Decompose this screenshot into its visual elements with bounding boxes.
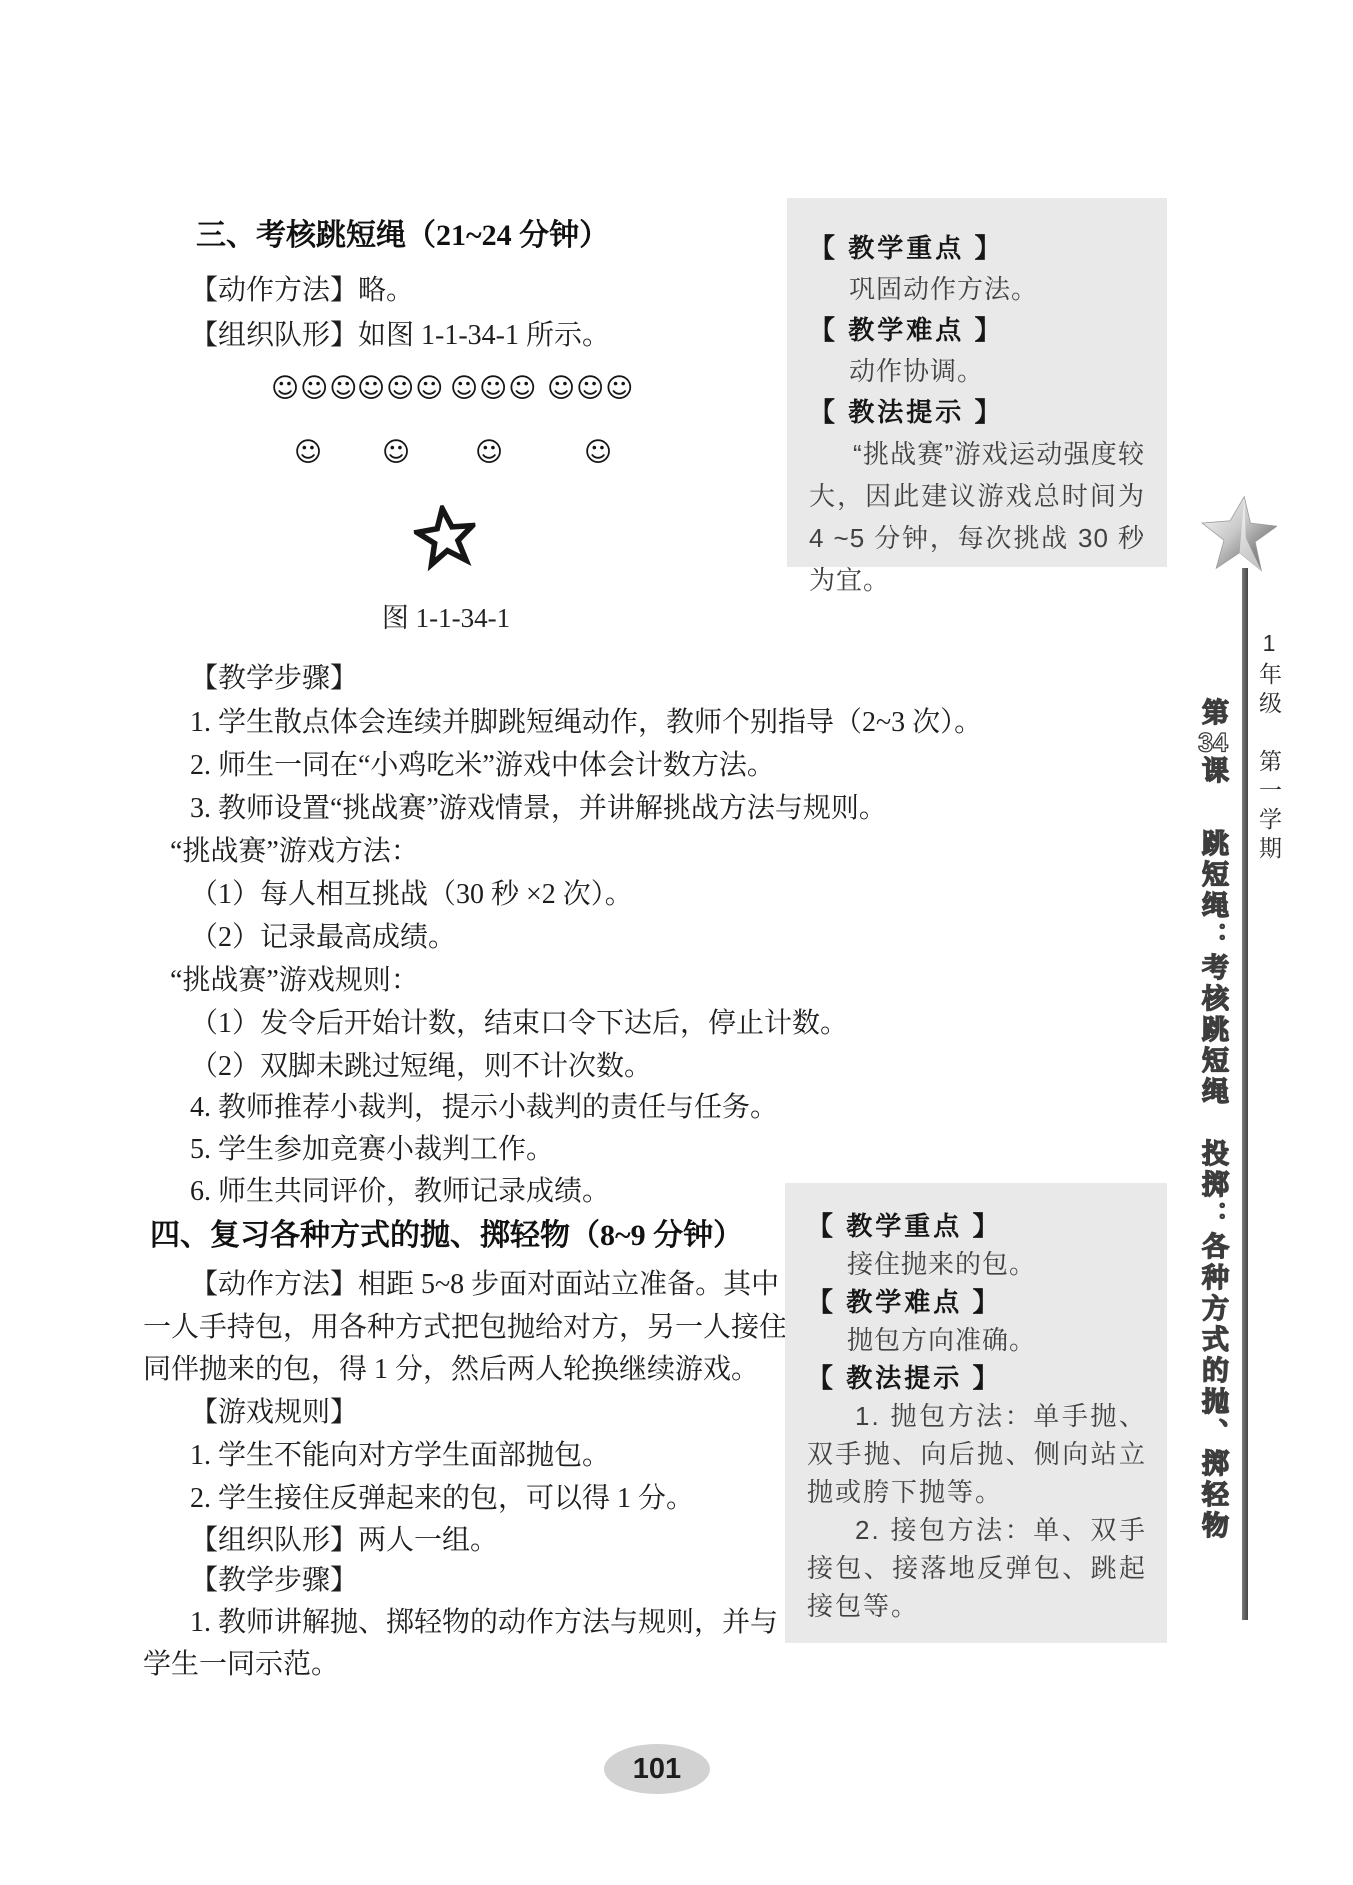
spine-lesson-title: 第34课跳短绳：考核跳短绳 投掷：各种方式的抛、掷轻物 — [1194, 698, 1233, 1638]
key-point-text: 接住抛来的包。 — [807, 1245, 1147, 1283]
section4-steps-heading: 【教学步骤】 — [190, 1564, 358, 1598]
key-point-text: 巩固动作方法。 — [809, 269, 1145, 310]
page-number-badge: 101 — [604, 1744, 710, 1794]
section4-action-method: 【动作方法】相距 5~8 步面对面站立准备。其中 — [190, 1268, 779, 1302]
tip-box-throwing: 【 教学重点 】 接住抛来的包。 【 教学难点 】 抛包方向准确。 【 教法提示… — [785, 1183, 1167, 1643]
method-hint-label: 【 教法提示 】 — [807, 1359, 1147, 1397]
section3-game-rule-item: （2）双脚未跳过短绳，则不计次数。 — [190, 1050, 652, 1084]
key-point-label: 【 教学重点 】 — [807, 1207, 1147, 1245]
figure-caption: 图 1-1-34-1 — [336, 596, 556, 635]
difficulty-text: 抛包方向准确。 — [807, 1321, 1147, 1359]
spine-rule — [1242, 568, 1248, 1620]
tip-box-jump-rope: 【 教学重点 】 巩固动作方法。 【 教学难点 】 动作协调。 【 教法提示 】… — [787, 198, 1167, 567]
smiley-face: ☺ — [475, 438, 504, 468]
section3-step: 2. 师生一同在“小鸡吃米”游戏中体会计数方法。 — [190, 749, 775, 783]
section3-steps-heading: 【教学步骤】 — [190, 662, 358, 696]
smiley-face: ☺ — [294, 438, 323, 468]
section4-formation: 【组织队形】两人一组。 — [190, 1524, 498, 1558]
section3-game-method-item: （1）每人相互挑战（30 秒 ×2 次）。 — [190, 878, 633, 912]
key-point-label: 【 教学重点 】 — [809, 228, 1145, 269]
method-hint-label: 【 教法提示 】 — [809, 392, 1145, 433]
section3-step: 5. 学生参加竞赛小裁判工作。 — [190, 1133, 554, 1167]
section3-step: 6. 师生共同评价，教师记录成绩。 — [190, 1175, 610, 1209]
difficulty-label: 【 教学难点 】 — [809, 310, 1145, 351]
section3-step: 4. 教师推荐小裁判，提示小裁判的责任与任务。 — [190, 1091, 778, 1125]
lesson-suffix: 课 — [1198, 756, 1228, 787]
spine-star-icon — [1199, 495, 1277, 578]
section3-game-rule-label: “挑战赛”游戏规则： — [170, 964, 419, 998]
section3-game-method-item: （2）记录最高成绩。 — [190, 921, 456, 955]
lesson-number: 34 — [1198, 729, 1228, 756]
teacher-star-icon — [411, 501, 481, 577]
textbook-page: 三、考核跳短绳（21~24 分钟） 【动作方法】略。 【组织队形】如图 1-1-… — [0, 0, 1353, 1885]
section4-heading: 四、复习各种方式的抛、掷轻物（8~9 分钟） — [150, 1210, 743, 1254]
section3-heading: 三、考核跳短绳（21~24 分钟） — [196, 210, 609, 254]
method-hint-text-2: 2. 接包方法：单、双手接包、接落地反弹包、跳起接包等。 — [807, 1511, 1147, 1625]
section3-action-method: 【动作方法】略。 — [190, 274, 414, 308]
section4-game-rule: 1. 学生不能向对方学生面部抛包。 — [190, 1439, 610, 1473]
spine-grade-label: 1年级 第一学期 — [1253, 630, 1286, 1090]
section3-formation: 【组织队形】如图 1-1-34-1 所示。 — [190, 319, 610, 353]
page-number: 101 — [633, 1753, 681, 1786]
section3-step: 3. 教师设置“挑战赛”游戏情景，并讲解挑战方法与规则。 — [190, 792, 887, 826]
lesson-prefix: 第 — [1198, 698, 1228, 729]
section4-step: 1. 教师讲解抛、掷轻物的动作方法与规则，并与 — [190, 1606, 778, 1640]
smiley-group: ☺☺☺ — [547, 374, 634, 404]
difficulty-text: 动作协调。 — [809, 351, 1145, 392]
difficulty-label: 【 教学难点 】 — [807, 1283, 1147, 1321]
section4-action-method: 一人手持包，用各种方式把包抛给对方，另一人接住 — [143, 1311, 787, 1345]
section4-game-rule: 2. 学生接住反弹起来的包，可以得 1 分。 — [190, 1482, 694, 1516]
section3-step: 1. 学生散点体会连续并脚跳短绳动作，教师个别指导（2~3 次）。 — [190, 706, 982, 740]
section4-game-rules-heading: 【游戏规则】 — [190, 1396, 358, 1430]
section4-action-method: 同伴抛来的包，得 1 分，然后两人轮换继续游戏。 — [143, 1353, 759, 1387]
smiley-face: ☺ — [584, 438, 613, 468]
smiley-group: ☺☺☺ — [357, 374, 444, 404]
method-hint-text: “挑战赛”游戏运动强度较大，因此建议游戏总时间为 4 ~5 分钟，每次挑战 30… — [809, 433, 1145, 601]
section4-step: 学生一同示范。 — [143, 1648, 339, 1682]
section3-game-rule-item: （1）发令后开始计数，结束口令下达后，停止计数。 — [190, 1007, 848, 1041]
section3-game-method-label: “挑战赛”游戏方法： — [170, 835, 419, 869]
smiley-group: ☺☺☺ — [450, 374, 537, 404]
lesson-title-text: 跳短绳：考核跳短绳 投掷：各种方式的抛、掷轻物 — [1198, 829, 1228, 1542]
smiley-face: ☺ — [382, 438, 411, 468]
method-hint-text-1: 1. 抛包方法：单手抛、双手抛、向后抛、侧向站立抛或胯下抛等。 — [807, 1397, 1147, 1511]
smiley-group: ☺☺☺ — [271, 374, 358, 404]
